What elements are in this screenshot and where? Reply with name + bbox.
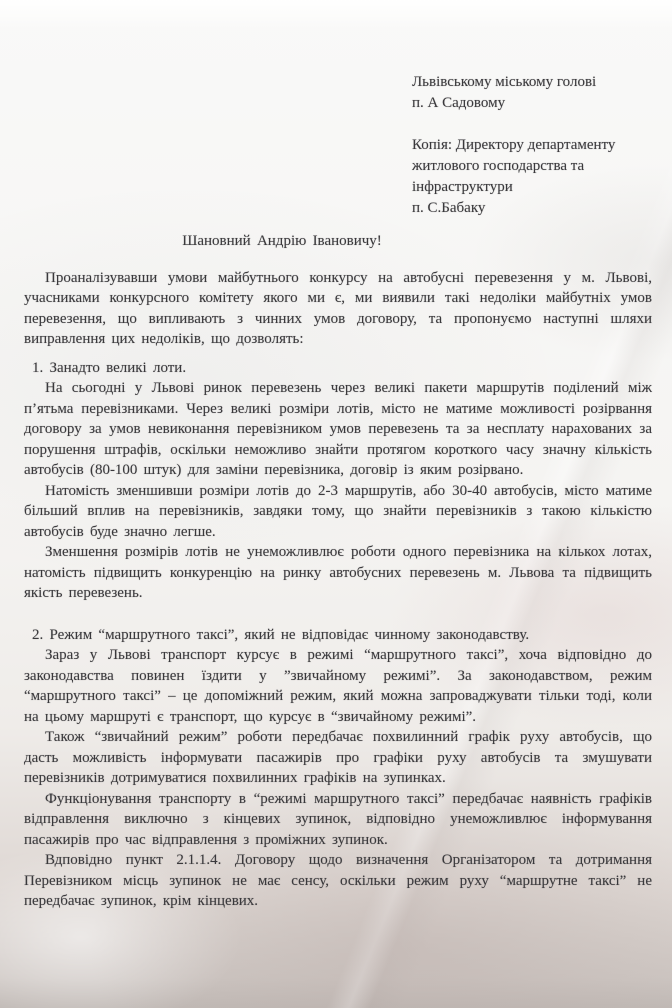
photographed-letter: Львівському міському голові п. А Садовом…: [0, 0, 672, 1008]
copy-line: житлового господарства та: [412, 156, 668, 177]
paragraph: Натомість зменшивши розміри лотів до 2-3…: [24, 481, 652, 543]
paragraph: Проаналізувавши умови майбутнього конкур…: [24, 268, 652, 350]
paragraph: Зараз у Львові транспорт курсує в режимі…: [24, 645, 652, 727]
salutation: Шановний Андрію Івановичу!: [24, 231, 652, 252]
paragraph: На сьогодні у Львові ринок перевезень че…: [24, 378, 652, 481]
letter-body: Шановний Андрію Івановичу! Проаналізував…: [24, 231, 652, 912]
section-heading-1: 1. Занадто великі лоти.: [24, 358, 652, 379]
copy-line: інфраструктури: [412, 177, 668, 198]
paragraph: Функціонування транспорту в “режимі марш…: [24, 789, 652, 851]
address-block: Львівському міському голові п. А Садовом…: [412, 72, 668, 219]
recipient-line: п. А Садовому: [412, 93, 668, 114]
paragraph: Зменшення розмірів лотів не унеможливлює…: [24, 542, 652, 604]
section-heading-2: 2. Режим “маршрутного таксі”, який не ві…: [24, 625, 652, 646]
copy-line: Копія: Директору департаменту: [412, 135, 668, 156]
recipient-line: Львівському міському голові: [412, 72, 668, 93]
paragraph: Вдповідно пункт 2.1.1.4. Договору щодо в…: [24, 850, 652, 912]
paragraph: Також “звичайний режим” роботи передбача…: [24, 727, 652, 789]
copy-line: п. С.Бабаку: [412, 198, 668, 219]
